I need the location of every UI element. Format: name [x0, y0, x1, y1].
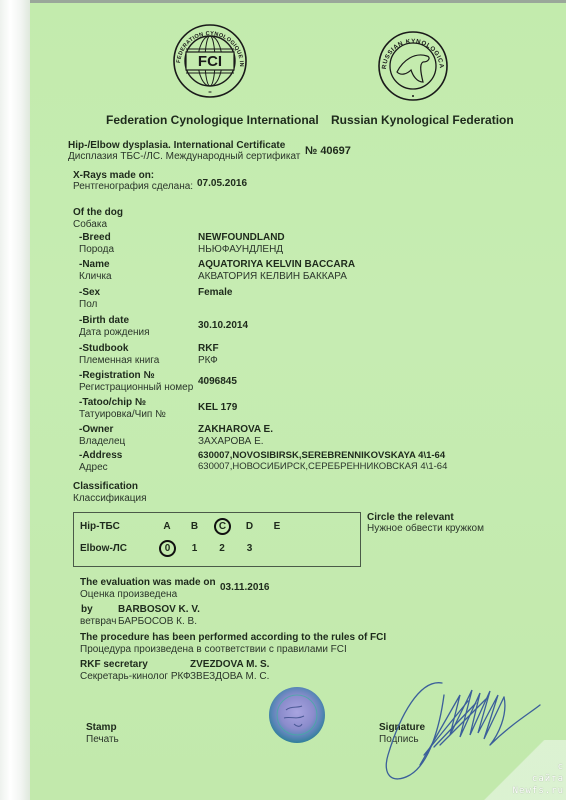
fci-name: Federation Cynologique International [106, 114, 319, 127]
field-label-en: -Name [79, 259, 110, 271]
field-value-en: KEL 179 [198, 402, 237, 414]
grade-A: A [159, 519, 175, 535]
field-value-ru: 630007,НОВОСИБИРСК,СЕРЕБРЕННИКОВСКАЯ 4\1… [198, 461, 447, 473]
scan-top-edge [30, 0, 566, 3]
field-label-en: -Tatoo/chip № [79, 397, 146, 409]
xray-date: 07.05.2016 [197, 178, 247, 190]
watermark-line1: с [558, 762, 564, 772]
evaluation-label-en: The evaluation was made on [80, 577, 216, 589]
circle-note-ru: Нужное обвести кружком [367, 523, 484, 535]
rkf-name: Russian Kynological Federation [331, 114, 514, 127]
secretary-label-en: RKF secretary [80, 659, 148, 671]
field-label-ru: Пол [79, 299, 97, 311]
secretary-name-ru: ЗВЕЗДОВА М. С. [190, 671, 269, 683]
procedure-text-ru: Процедура произведена в соответствии с п… [80, 644, 347, 656]
grade-D: D [242, 519, 258, 535]
grade-0-selected: 0 [159, 540, 176, 557]
grade-2: 2 [214, 541, 230, 557]
field-label-ru: Племенная книга [79, 355, 159, 367]
xray-label-ru: Рентгенография сделана: [73, 181, 193, 193]
dog-section-label-ru: Собака [73, 219, 107, 231]
fci-globe-logo-icon: FCI FEDERATION CYNOLOGIQUE INTERNATIONAL… [172, 23, 248, 99]
field-label-en: -Sex [79, 287, 100, 299]
hologram-stamp-icon [268, 686, 326, 749]
vet-name-en: BARBOSOV K. V. [118, 604, 200, 616]
field-label-ru: Адрес [79, 462, 108, 474]
classification-label-en: Classification [73, 481, 138, 493]
dog-section-label-en: Of the dog [73, 207, 123, 219]
evaluation-label-ru: Оценка произведена [80, 589, 177, 601]
vet-name-ru: БАРБОСОВ К. В. [118, 616, 197, 628]
grade-1: 1 [187, 541, 203, 557]
rkf-dog-head-logo-icon: RUSSIAN KYNOLOGICAL FEDERATION [377, 30, 449, 102]
field-label-ru: Порода [79, 244, 114, 256]
field-value-ru: РКФ [198, 355, 218, 367]
field-value-en: 4096845 [198, 376, 237, 388]
field-label-ru: Владелец [79, 436, 125, 448]
field-label-en: -Breed [79, 232, 111, 244]
watermark-line2: сайта [532, 774, 564, 784]
field-label-en: -Address [79, 450, 122, 462]
stamp-label-ru: Печать [86, 734, 119, 746]
field-value-en: AQUATORIYA KELVIN BACCARA [198, 259, 355, 271]
grade-3: 3 [242, 541, 258, 557]
field-value-en: ZAKHAROVA E. [198, 424, 273, 436]
elbow-label: Elbow-ЛС [80, 543, 127, 555]
grade-E: E [269, 519, 285, 535]
procedure-text-en: The procedure has been performed accordi… [80, 632, 386, 644]
certificate-number: № 40697 [305, 145, 351, 158]
field-label-ru: Кличка [79, 271, 112, 283]
watermark-line3: Newfs.ru [513, 786, 564, 796]
field-value-ru: ЗАХАРОВА Е. [198, 436, 264, 448]
field-value-en: NEWFOUNDLAND [198, 232, 285, 244]
classification-label-ru: Классификация [73, 493, 147, 505]
svg-text:RUSSIAN KYNOLOGICAL FEDERATION: RUSSIAN KYNOLOGICAL FEDERATION [377, 30, 445, 70]
field-label-en: -Registration № [79, 370, 155, 382]
hip-label: Hip-ТБС [80, 521, 120, 533]
field-value-en: Female [198, 287, 232, 299]
field-label-ru: Регистрационный номер [79, 382, 193, 394]
field-label-en: -Studbook [79, 343, 128, 355]
field-label-en: -Owner [79, 424, 113, 436]
secretary-name-en: ZVEZDOVA M. S. [190, 659, 269, 671]
evaluation-date: 03.11.2016 [220, 582, 270, 594]
field-value-ru: АКВАТОРИЯ КЕЛВИН БАККАРА [198, 271, 347, 283]
svg-text:=: = [208, 90, 212, 96]
field-value-en: RKF [198, 343, 219, 355]
field-label-en: -Birth date [79, 315, 129, 327]
scan-left-margin [0, 0, 30, 800]
field-label-ru: Татуировка/Чип № [79, 409, 166, 421]
grade-B: B [187, 519, 203, 535]
field-label-ru: Дата рождения [79, 327, 150, 339]
certificate-title-ru: Дисплазия ТБС-/ЛС. Международный сертифи… [68, 151, 300, 163]
field-value-en: 30.10.2014 [198, 320, 248, 332]
by-label-ru: ветврач [80, 616, 116, 628]
by-label-en: by [81, 604, 93, 616]
svg-text:FCI: FCI [198, 53, 222, 70]
secretary-label-ru: Секретарь-кинолог РКФ [80, 671, 191, 683]
field-value-ru: НЬЮФАУНДЛЕНД [198, 244, 283, 256]
stamp-label-en: Stamp [86, 722, 117, 734]
grade-C-selected: C [214, 518, 231, 535]
